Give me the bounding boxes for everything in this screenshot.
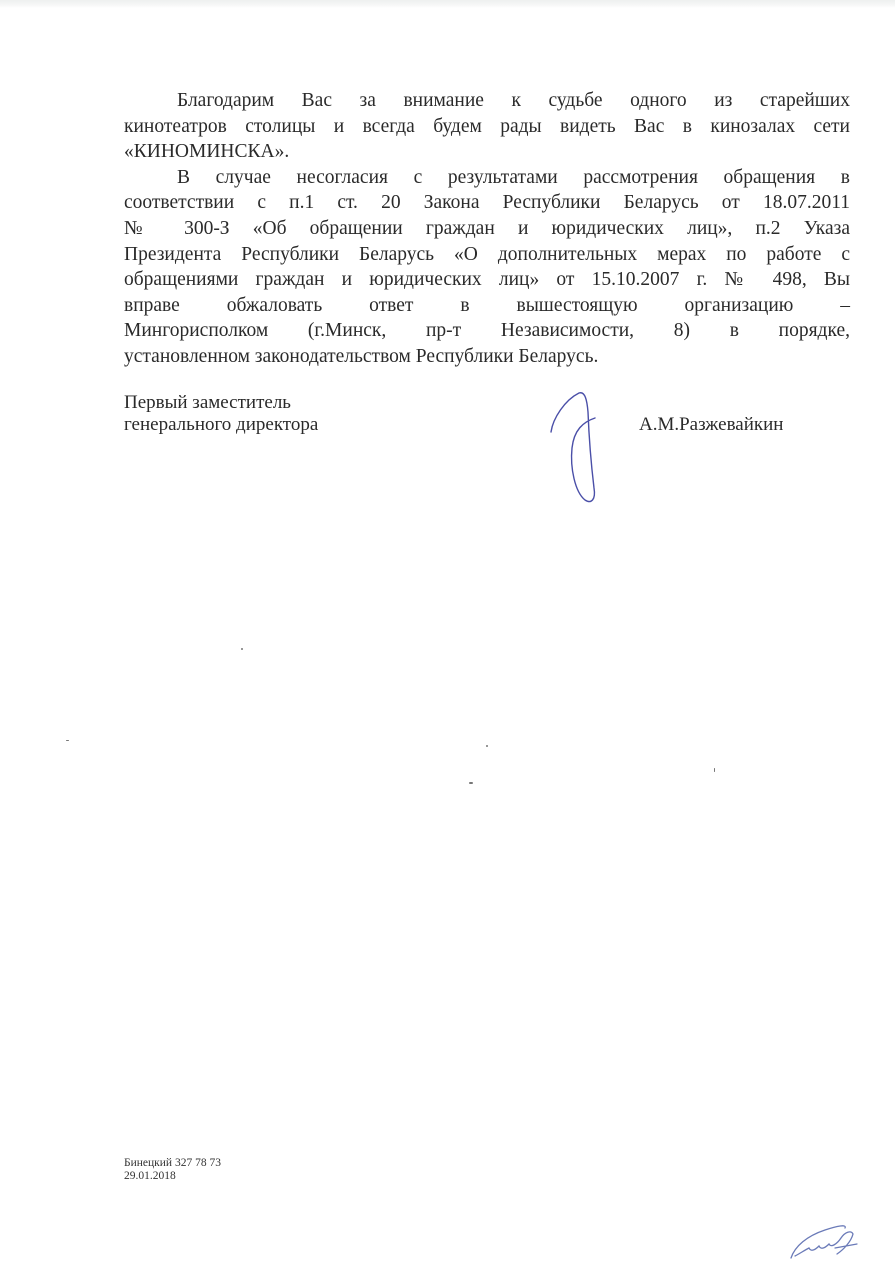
scan-speck xyxy=(66,740,69,741)
scan-speck xyxy=(469,782,473,784)
handwritten-initials-icon xyxy=(785,1212,885,1272)
scan-speck xyxy=(714,768,715,772)
executor-contact: Бинецкий 327 78 73 xyxy=(124,1157,221,1170)
text-line: кинотеатров столицы и всегда будем рады … xyxy=(124,114,850,140)
text-line: обращениями граждан и юридических лиц» о… xyxy=(124,267,850,293)
text-line: установленном законодательством Республи… xyxy=(124,344,850,370)
text-line: Мингорисполком (г.Минск, пр-т Независимо… xyxy=(124,318,850,344)
text-line: В случае несогласия с результатами рассм… xyxy=(124,165,850,191)
signatory-title-line1: Первый заместитель xyxy=(124,392,318,414)
text-line: вправе обжаловать ответ в вышестоящую ор… xyxy=(124,293,850,319)
text-line: «КИНОМИНСКА». xyxy=(124,139,850,165)
signatory-title: Первый заместитель генерального директор… xyxy=(124,392,318,436)
paragraph-appeal-rights: В случае несогласия с результатами рассм… xyxy=(124,165,850,370)
text-line: № 300-З «Об обращении граждан и юридичес… xyxy=(124,216,850,242)
scan-top-edge xyxy=(0,0,895,8)
scan-speck xyxy=(486,745,488,747)
signatory-name: А.М.Разжевайкин xyxy=(639,414,783,436)
scan-speck xyxy=(241,648,243,650)
text-line: Президента Республики Беларусь «О дополн… xyxy=(124,242,850,268)
letter-body: Благодарим Вас за внимание к судьбе одно… xyxy=(124,88,850,370)
handwritten-signature-icon xyxy=(545,388,615,508)
signatory-title-line2: генерального директора xyxy=(124,414,318,436)
footer-date: 29.01.2018 xyxy=(124,1170,221,1183)
scan-speck xyxy=(842,122,844,124)
text-line: соответствии с п.1 ст. 20 Закона Республ… xyxy=(124,190,850,216)
paragraph-thanks: Благодарим Вас за внимание к судьбе одно… xyxy=(124,88,850,165)
executor-footer: Бинецкий 327 78 73 29.01.2018 xyxy=(124,1157,221,1182)
text-line: Благодарим Вас за внимание к судьбе одно… xyxy=(124,88,850,114)
